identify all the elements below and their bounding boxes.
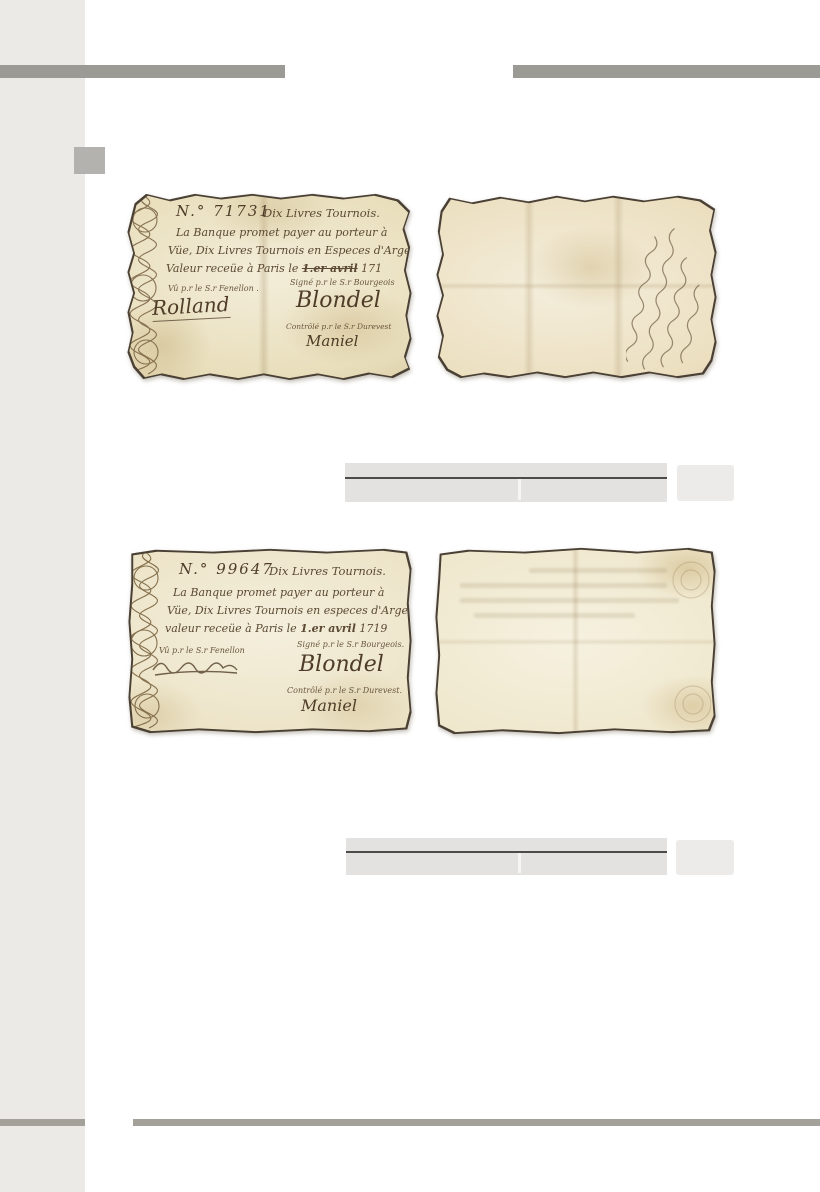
promise-line-3: valeur receüe à Paris le 1.er avril 1719	[165, 622, 387, 635]
lot-row-cell-divider	[518, 479, 521, 500]
banknote-lot1-front-image: N.° 71731 Dix Livres Tournois. La Banque…	[126, 190, 413, 381]
promise-line-1: La Banque promet payer au porteur à	[173, 586, 384, 599]
promise-line-1: La Banque promet payer au porteur à	[176, 226, 387, 239]
footer-rule-left-segment	[0, 1119, 85, 1126]
signe-signature: Blondel	[299, 652, 384, 677]
handwritten-date: 1.er avril	[300, 622, 356, 635]
banknote-paper	[437, 194, 716, 378]
calligraphic-ornament-border	[128, 192, 168, 379]
footer-rule-main	[133, 1119, 820, 1126]
serial-number: N.° 99647	[179, 560, 274, 578]
banknote-lot2-front-image: N.° 99647 Dix Livres Tournois. La Banque…	[127, 546, 413, 735]
signe-signature: Blondel	[296, 288, 381, 313]
signe-label: Signé p.r le S.r Bourgeois	[290, 278, 395, 287]
handwritten-date: 1.er avril	[302, 262, 358, 275]
banknote-paper: N.° 99647 Dix Livres Tournois. La Banque…	[129, 548, 411, 733]
banknote-paper	[436, 546, 715, 734]
header-rule-left	[0, 65, 285, 78]
lot-row-rule	[346, 851, 667, 853]
left-margin-band	[0, 0, 85, 1192]
redacted-lot1-estimate-box	[677, 465, 734, 501]
vertical-endorsement-script	[626, 206, 706, 371]
vu-signature: Rolland	[151, 292, 230, 322]
signe-label: Signé p.r le S.r Bourgeois.	[297, 640, 404, 649]
vu-label: Vû p.r le S.r Fenellon .	[168, 284, 259, 293]
show-through-text-ghost	[460, 568, 690, 628]
banknote-paper: N.° 71731 Dix Livres Tournois. La Banque…	[128, 192, 411, 379]
redacted-lot2-description-row	[346, 838, 667, 875]
denomination-text: Dix Livres Tournois.	[263, 206, 380, 220]
controle-signature: Maniel	[306, 332, 358, 350]
vu-label: Vû p.r le S.r Fenellon	[159, 646, 245, 655]
ornament-show-through-ghost	[665, 554, 711, 730]
promise-line-2: Vüe, Dix Livres Tournois en Especes d'Ar…	[168, 244, 411, 257]
redacted-lot1-description-row	[345, 463, 667, 502]
banknote-lot1-back-image	[435, 192, 718, 380]
controle-label: Contrôlé p.r le S.r Durevest	[286, 322, 391, 331]
denomination-text: Dix Livres Tournois.	[269, 564, 386, 578]
vu-signature-flourish	[151, 656, 241, 678]
banknote-lot2-back-image	[434, 544, 717, 736]
section-marker-square	[74, 147, 105, 174]
lot-row-cell-divider	[518, 853, 521, 873]
header-rule-right	[513, 65, 820, 78]
lot-row-rule	[345, 477, 667, 479]
serial-number: N.° 71731	[176, 202, 271, 220]
calligraphic-ornament-border	[129, 548, 169, 733]
redacted-lot2-estimate-box	[676, 840, 734, 875]
promise-line-2: Vüe, Dix Livres Tournois en especes d'Ar…	[167, 604, 411, 617]
controle-signature: Maniel	[301, 696, 357, 715]
promise-line-3: Valeur receüe à Paris le 1.er avril 171	[166, 262, 382, 275]
controle-label: Contrôlé p.r le S.r Durevest.	[287, 686, 402, 695]
